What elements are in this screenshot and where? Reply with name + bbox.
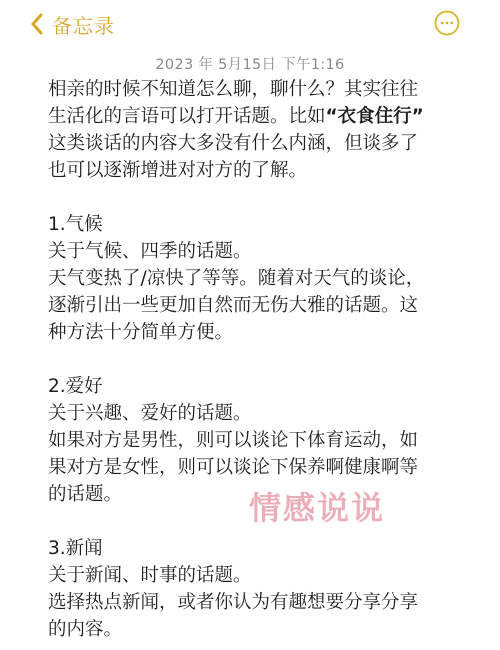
section-line: 如果对方是男性，则可以谈论下体育运动，如 xyxy=(48,427,478,454)
navigation-bar: 备忘录 xyxy=(0,0,500,48)
blank-line xyxy=(48,508,478,535)
back-label: 备忘录 xyxy=(52,10,115,39)
section-line: 的话题。 xyxy=(48,481,478,508)
section-heading: 2.爱好 xyxy=(48,373,478,400)
section-line: 关于气候、四季的话题。 xyxy=(48,238,478,265)
ellipsis-circle-icon xyxy=(434,10,460,36)
section-line: 逐渐引出一些更加自然而无伤大雅的话题。这 xyxy=(48,292,478,319)
intro-line: 这类谈话的内容大多没有什么内涵，但谈多了 xyxy=(48,130,478,157)
section-line: 种方法十分简单方便。 xyxy=(48,319,478,346)
section-line: 关于新闻、时事的话题。 xyxy=(48,562,478,589)
section-heading: 3.新闻 xyxy=(48,535,478,562)
note-timestamp: 2023 年 5月15日 下午1:16 xyxy=(0,53,500,74)
intro-line: 也可以逐渐增进对对方的了解。 xyxy=(48,157,478,184)
back-button[interactable]: 备忘录 xyxy=(30,10,115,38)
more-options-button[interactable] xyxy=(434,10,460,36)
blank-line xyxy=(48,184,478,211)
bold-phrase: “衣食住行” xyxy=(326,106,424,127)
section-line: 果对方是女性，则可以谈论下保养啊健康啊等 xyxy=(48,454,478,481)
section-line: 关于兴趣、爱好的话题。 xyxy=(48,400,478,427)
section-heading: 1.气候 xyxy=(48,211,478,238)
intro-line: 生活化的言语可以打开话题。比如“衣食住行” xyxy=(48,103,478,130)
intro-text: 生活化的言语可以打开话题。比如 xyxy=(48,106,326,127)
section-line: 的内容。 xyxy=(48,616,478,643)
chevron-left-icon xyxy=(30,13,44,35)
section-line: 选择热点新闻，或者你认为有趣想要分享分享 xyxy=(48,589,478,616)
note-body[interactable]: 相亲的时候不知道怎么聊，聊什么？其实往往 生活化的言语可以打开话题。比如“衣食住… xyxy=(48,76,478,643)
section-line: 天气变热了/凉快了等等。随着对天气的谈论， xyxy=(48,265,478,292)
intro-line: 相亲的时候不知道怎么聊，聊什么？其实往往 xyxy=(48,76,478,103)
blank-line xyxy=(48,346,478,373)
